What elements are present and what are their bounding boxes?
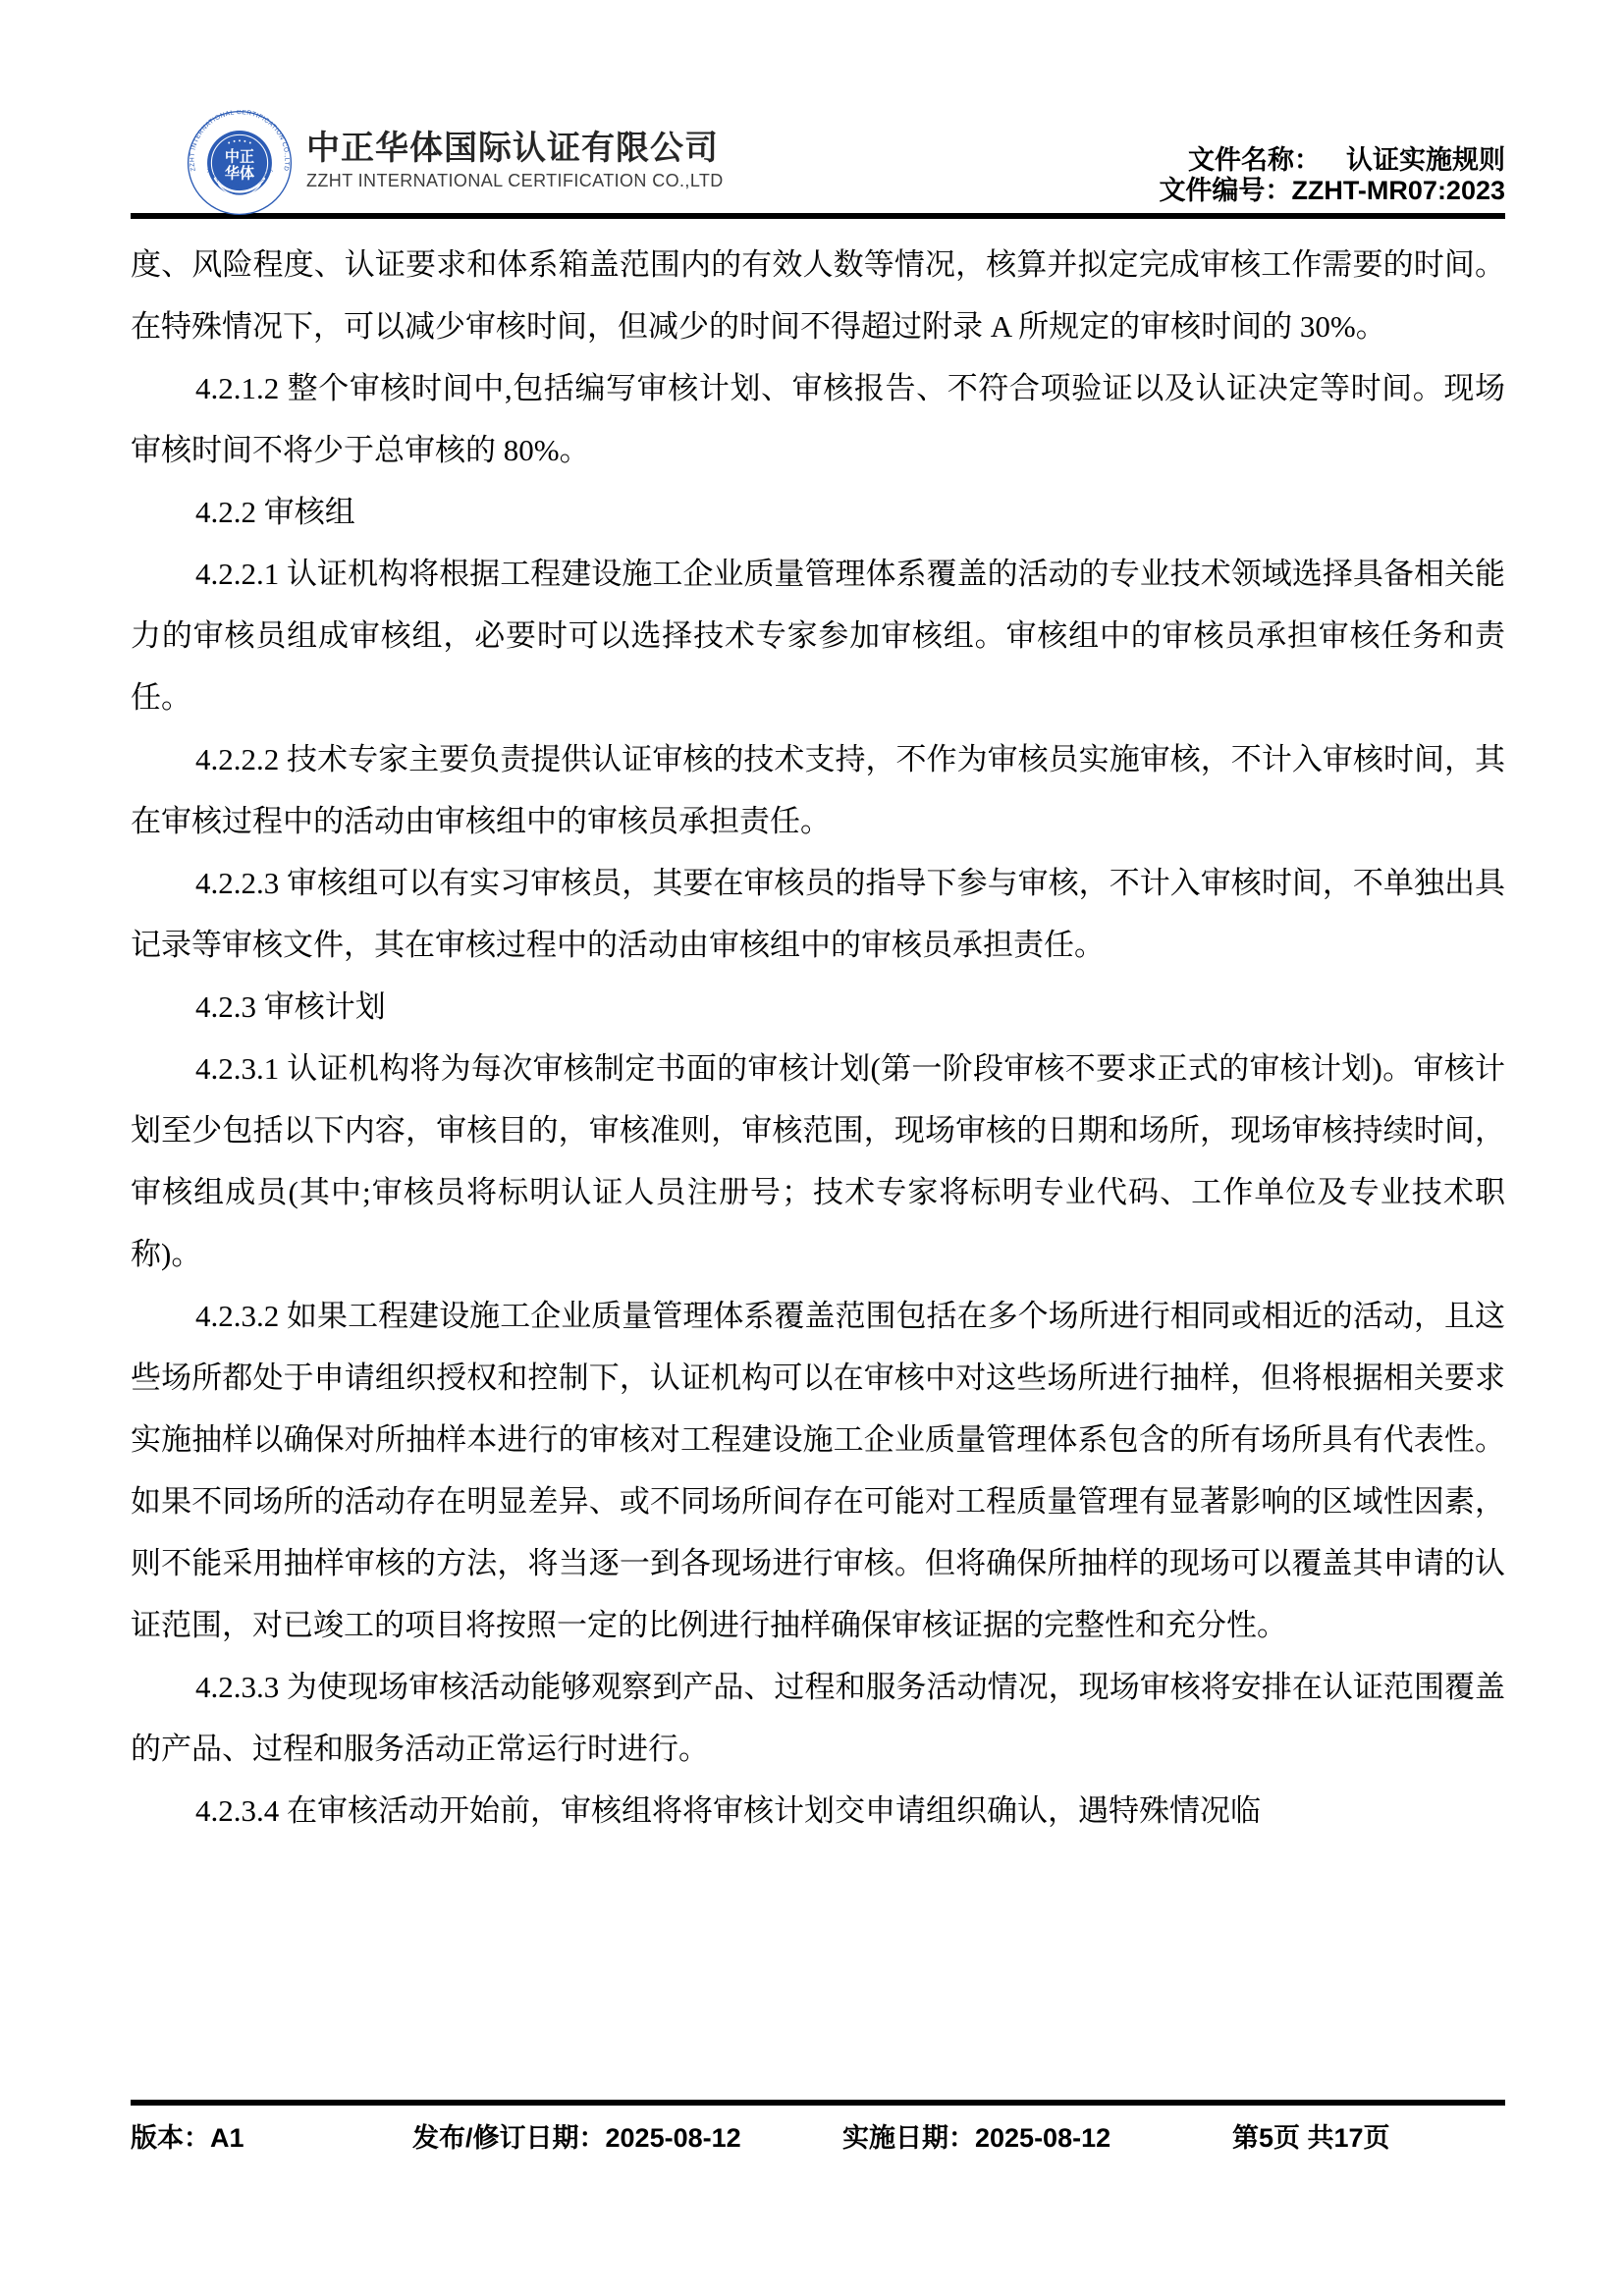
doc-name-label: 文件名称：	[1188, 145, 1321, 175]
footer-implementation-date: 实施日期：2025-08-12	[842, 2116, 1110, 2155]
paragraph: 4.2.2.1 认证机构将根据工程建设施工企业质量管理体系覆盖的活动的专业技术领…	[131, 543, 1505, 728]
paragraph: 4.2.1.2 整个审核时间中,包括编写审核计划、审核报告、不符合项验证以及认证…	[131, 357, 1505, 481]
footer-impl-value: 2025-08-12	[975, 2123, 1110, 2153]
company-logo-icon: ZZHT INTERNATIONAL CERTIFICATION CO.,LTD…	[187, 110, 293, 216]
doc-number-row: 文件编号：ZZHT-MR07:2023	[1159, 176, 1505, 206]
header-divider	[131, 213, 1505, 219]
paragraph: 4.2.3.2 如果工程建设施工企业质量管理体系覆盖范围包括在多个场所进行相同或…	[131, 1285, 1505, 1656]
footer-divider	[131, 2100, 1505, 2106]
paragraph: 4.2.3.4 在审核活动开始前，审核组将将审核计划交申请组织确认，遇特殊情况临	[131, 1780, 1505, 1842]
doc-number-label: 文件编号：	[1159, 176, 1291, 205]
document-page: ZZHT INTERNATIONAL CERTIFICATION CO.,LTD…	[0, 0, 1624, 2296]
footer-impl-label: 实施日期：	[842, 2123, 975, 2153]
paragraph: 4.2.2.2 技术专家主要负责提供认证审核的技术支持，不作为审核员实施审核，不…	[131, 728, 1505, 852]
document-meta: 文件名称：认证实施规则 文件编号：ZZHT-MR07:2023	[1159, 145, 1505, 206]
footer-page-number: 第5页 共17页	[1232, 2116, 1390, 2155]
paragraph: 4.2.2 审核组	[131, 481, 1505, 543]
paragraph: 度、风险程度、认证要求和体系箱盖范围内的有效人数等情况，核算并拟定完成审核工作需…	[131, 234, 1505, 357]
footer-release-date: 发布/修订日期：2025-08-12	[412, 2116, 741, 2155]
footer: 版本：A1 发布/修订日期：2025-08-12 实施日期：2025-08-12…	[131, 2116, 1505, 2156]
footer-release-value: 2025-08-12	[606, 2123, 741, 2153]
doc-name-value: 认证实施规则	[1346, 145, 1505, 175]
paragraph: 4.2.3.1 认证机构将为每次审核制定书面的审核计划(第一阶段审核不要求正式的…	[131, 1038, 1505, 1285]
logo-center-text-1: 中正	[225, 148, 254, 165]
footer-version-label: 版本：	[131, 2123, 210, 2153]
company-name-en: ZZHT INTERNATIONAL CERTIFICATION CO.,LTD	[306, 171, 724, 191]
paragraph: 4.2.3.3 为使现场审核活动能够观察到产品、过程和服务活动情况，现场审核将安…	[131, 1656, 1505, 1780]
doc-number-value: ZZHT-MR07:2023	[1291, 176, 1505, 205]
paragraph: 4.2.3 审核计划	[131, 976, 1505, 1038]
document-body: 度、风险程度、认证要求和体系箱盖范围内的有效人数等情况，核算并拟定完成审核工作需…	[131, 234, 1505, 1842]
company-block: 中正华体国际认证有限公司 ZZHT INTERNATIONAL CERTIFIC…	[306, 130, 724, 191]
footer-version-value: A1	[210, 2123, 244, 2153]
paragraph: 4.2.2.3 审核组可以有实习审核员，其要在审核员的指导下参与审核，不计入审核…	[131, 852, 1505, 976]
company-name-cn: 中正华体国际认证有限公司	[306, 130, 724, 167]
doc-name-row: 文件名称：认证实施规则	[1159, 145, 1505, 176]
logo-center-text-2: 华体	[225, 165, 255, 183]
footer-release-label: 发布/修订日期：	[412, 2123, 606, 2153]
footer-version: 版本：A1	[131, 2116, 244, 2155]
